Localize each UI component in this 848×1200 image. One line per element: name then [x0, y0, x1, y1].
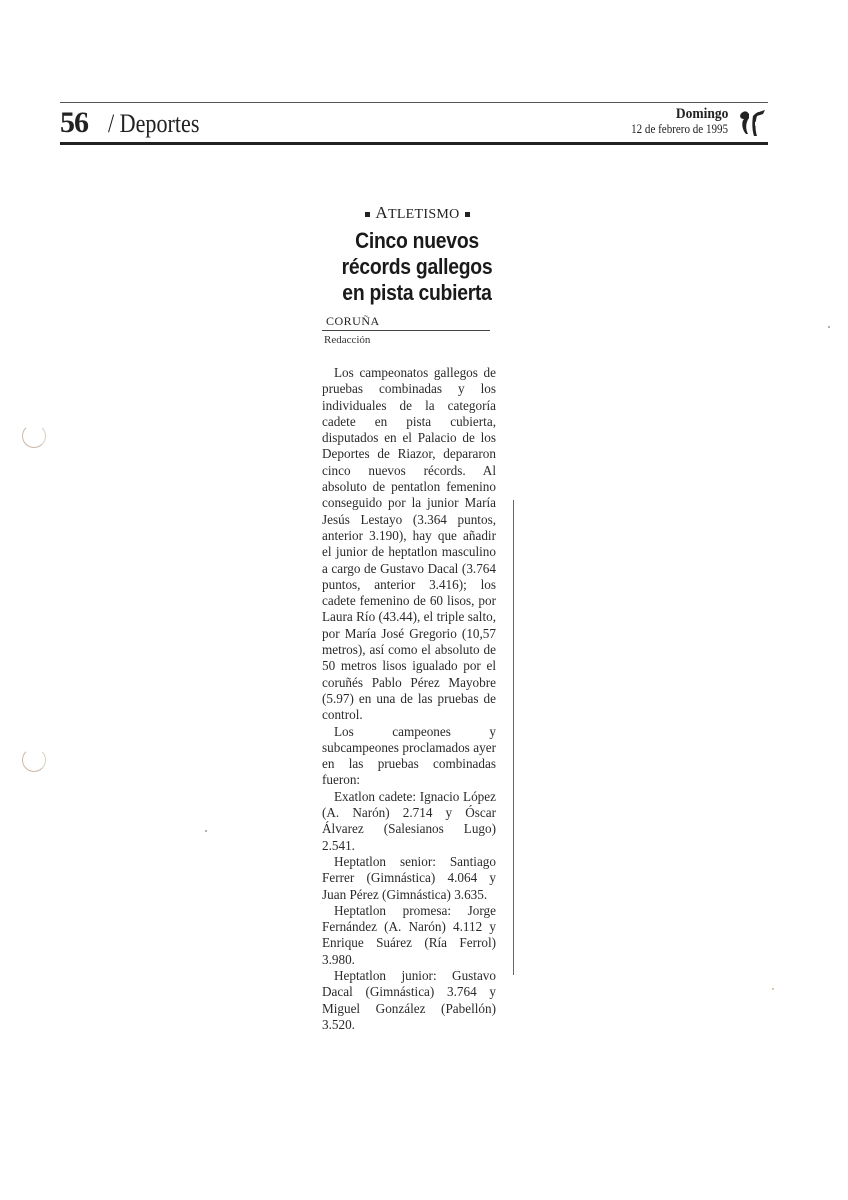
square-bullet-icon: [465, 212, 470, 217]
issue-day: Domingo: [675, 106, 728, 122]
article-body: Los campeonatos gallegos de pruebas comb…: [322, 365, 496, 1033]
scan-speck: [772, 988, 774, 990]
header-bottom-rule: [60, 142, 768, 145]
article-place: CORUÑA: [326, 314, 380, 329]
scan-speck: [205, 830, 207, 832]
header-top-rule: [60, 102, 768, 103]
dateline-rule: [322, 330, 490, 331]
paragraph: Exatlon cadete: Ignacio López (A. Narón)…: [322, 789, 496, 854]
section-title: / Deportes: [108, 108, 199, 140]
punch-hole-mark: [22, 748, 46, 772]
square-bullet-icon: [365, 212, 370, 217]
article-byline: Redacción: [324, 334, 370, 346]
paragraph: Los campeonatos gallegos de pruebas comb…: [322, 365, 496, 724]
article-headline: Cinco nuevos récords gallegos en pista c…: [333, 228, 500, 306]
page-number: 56: [60, 106, 88, 140]
paragraph: Los campeones y subcampeones proclamados…: [322, 724, 496, 789]
column-rule: [513, 500, 514, 975]
issue-date: 12 de febrero de 1995: [631, 121, 728, 136]
article-kicker: ATLETISMO: [325, 203, 510, 223]
newspaper-logo-icon: [735, 106, 769, 140]
punch-hole-mark: [22, 424, 46, 448]
paragraph: Heptatlon promesa: Jorge Fernández (A. N…: [322, 903, 496, 968]
paragraph: Heptatlon junior: Gustavo Dacal (Gimnást…: [322, 968, 496, 1033]
scan-speck: [828, 326, 830, 328]
paragraph: Heptatlon senior: Santiago Ferrer (Gimná…: [322, 854, 496, 903]
